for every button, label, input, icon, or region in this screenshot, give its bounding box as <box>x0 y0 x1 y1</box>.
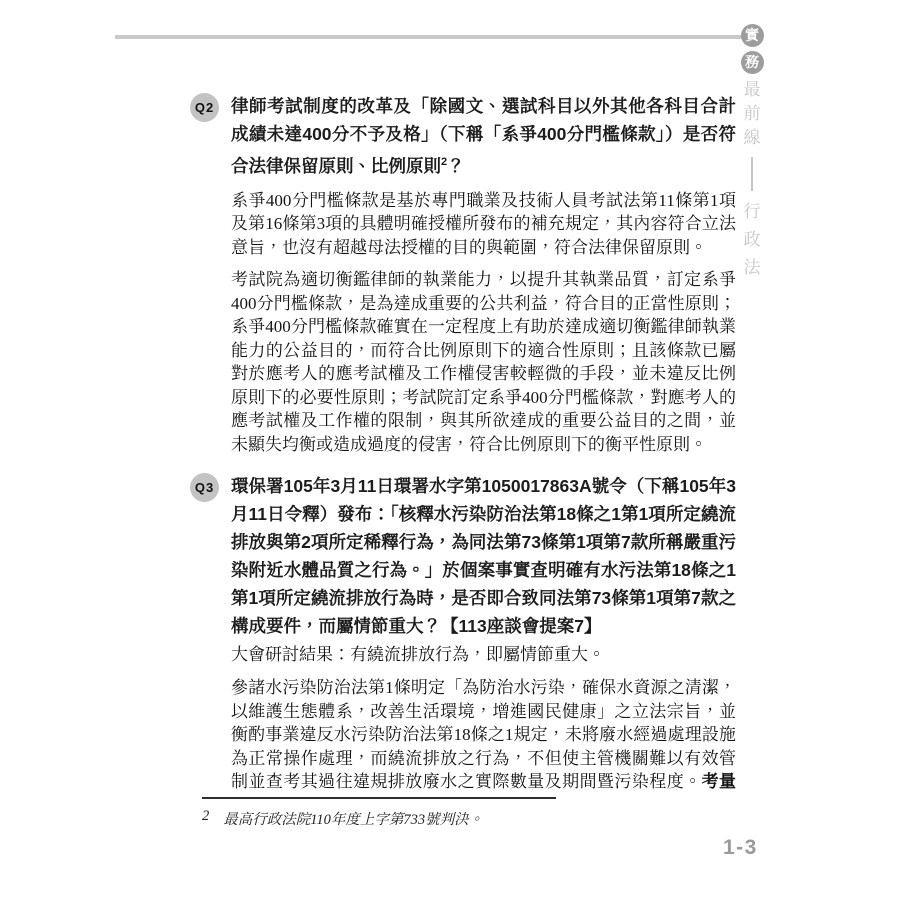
footnote-text: 最高行政法院110年度上字第733號判決。 <box>223 808 483 829</box>
sidebar-subject-char-2: 政 <box>744 226 761 254</box>
q3-badge: Q3 <box>190 473 219 502</box>
header-rule <box>115 35 745 39</box>
sidebar-badge-char-1: 實 <box>741 24 764 47</box>
q3-question-text: 環保署105年3月11日環署水字第1050017863A號令（下稱105年3月1… <box>231 472 736 640</box>
main-text-column: Q2 律師考試制度的改革及「除國文、選試科目以外其他各科目合計成績未達400分不… <box>190 92 736 790</box>
q2-question-text: 律師考試制度的改革及「除國文、選試科目以外其他各科目合計成績未達400分不予及格… <box>231 92 736 180</box>
q2-answer-paragraph-2: 考試院為適切衡鑑律師的執業能力，以提升其執業品質，訂定系爭400分門檻條款，是為… <box>231 268 736 456</box>
footnote-block: 2 最高行政法院110年度上字第733號判決。 <box>202 797 736 829</box>
q2-answer-paragraph-1: 系爭400分門檻條款是基於專門職業及技術人員考試法第11條第1項及第16條第3項… <box>231 189 736 260</box>
book-page: 實 務 最 前 線 行 政 法 Q2 律師考試制度的改革及「除國文、選試科目以外… <box>0 0 900 900</box>
edge-tab-sidebar: 實 務 最 前 線 行 政 法 <box>739 24 765 282</box>
sidebar-series-char-2: 前 <box>744 102 761 126</box>
q3-discussion-normal: 參諸水污染防治法第1條明定「為防治水污染，確保水資源之清潔，以維護生態體系，改善… <box>231 678 736 790</box>
sidebar-dash-divider <box>751 157 753 191</box>
q2-question-main: 律師考試制度的改革及「除國文、選試科目以外其他各科目合計成績未達400分不予及格… <box>231 96 736 176</box>
footnote: 2 最高行政法院110年度上字第733號判決。 <box>202 808 736 829</box>
footnote-divider <box>202 797 556 799</box>
footnote-number: 2 <box>202 808 209 829</box>
q3-result-line: 大會研討結果：有繞流排放行為，即屬情節重大。 <box>231 642 736 667</box>
sidebar-series-char-1: 最 <box>744 78 761 102</box>
page-number: 1-3 <box>723 836 758 860</box>
sidebar-badge-char-2: 務 <box>741 51 764 74</box>
sidebar-series-char-3: 線 <box>744 126 761 150</box>
q3-discussion-paragraph: 參諸水污染防治法第1條明定「為防治水污染，確保水資源之清潔，以維護生態體系，改善… <box>231 676 736 790</box>
question-block-q3: Q3 環保署105年3月11日環署水字第1050017863A號令（下稱105年… <box>190 472 736 790</box>
sidebar-subject-char-1: 行 <box>744 198 761 226</box>
q2-badge: Q2 <box>190 93 219 122</box>
q2-question-tail: ？ <box>447 156 465 176</box>
sidebar-subject-char-3: 法 <box>744 254 761 282</box>
question-block-q2: Q2 律師考試制度的改革及「除國文、選試科目以外其他各科目合計成績未達400分不… <box>190 92 736 456</box>
